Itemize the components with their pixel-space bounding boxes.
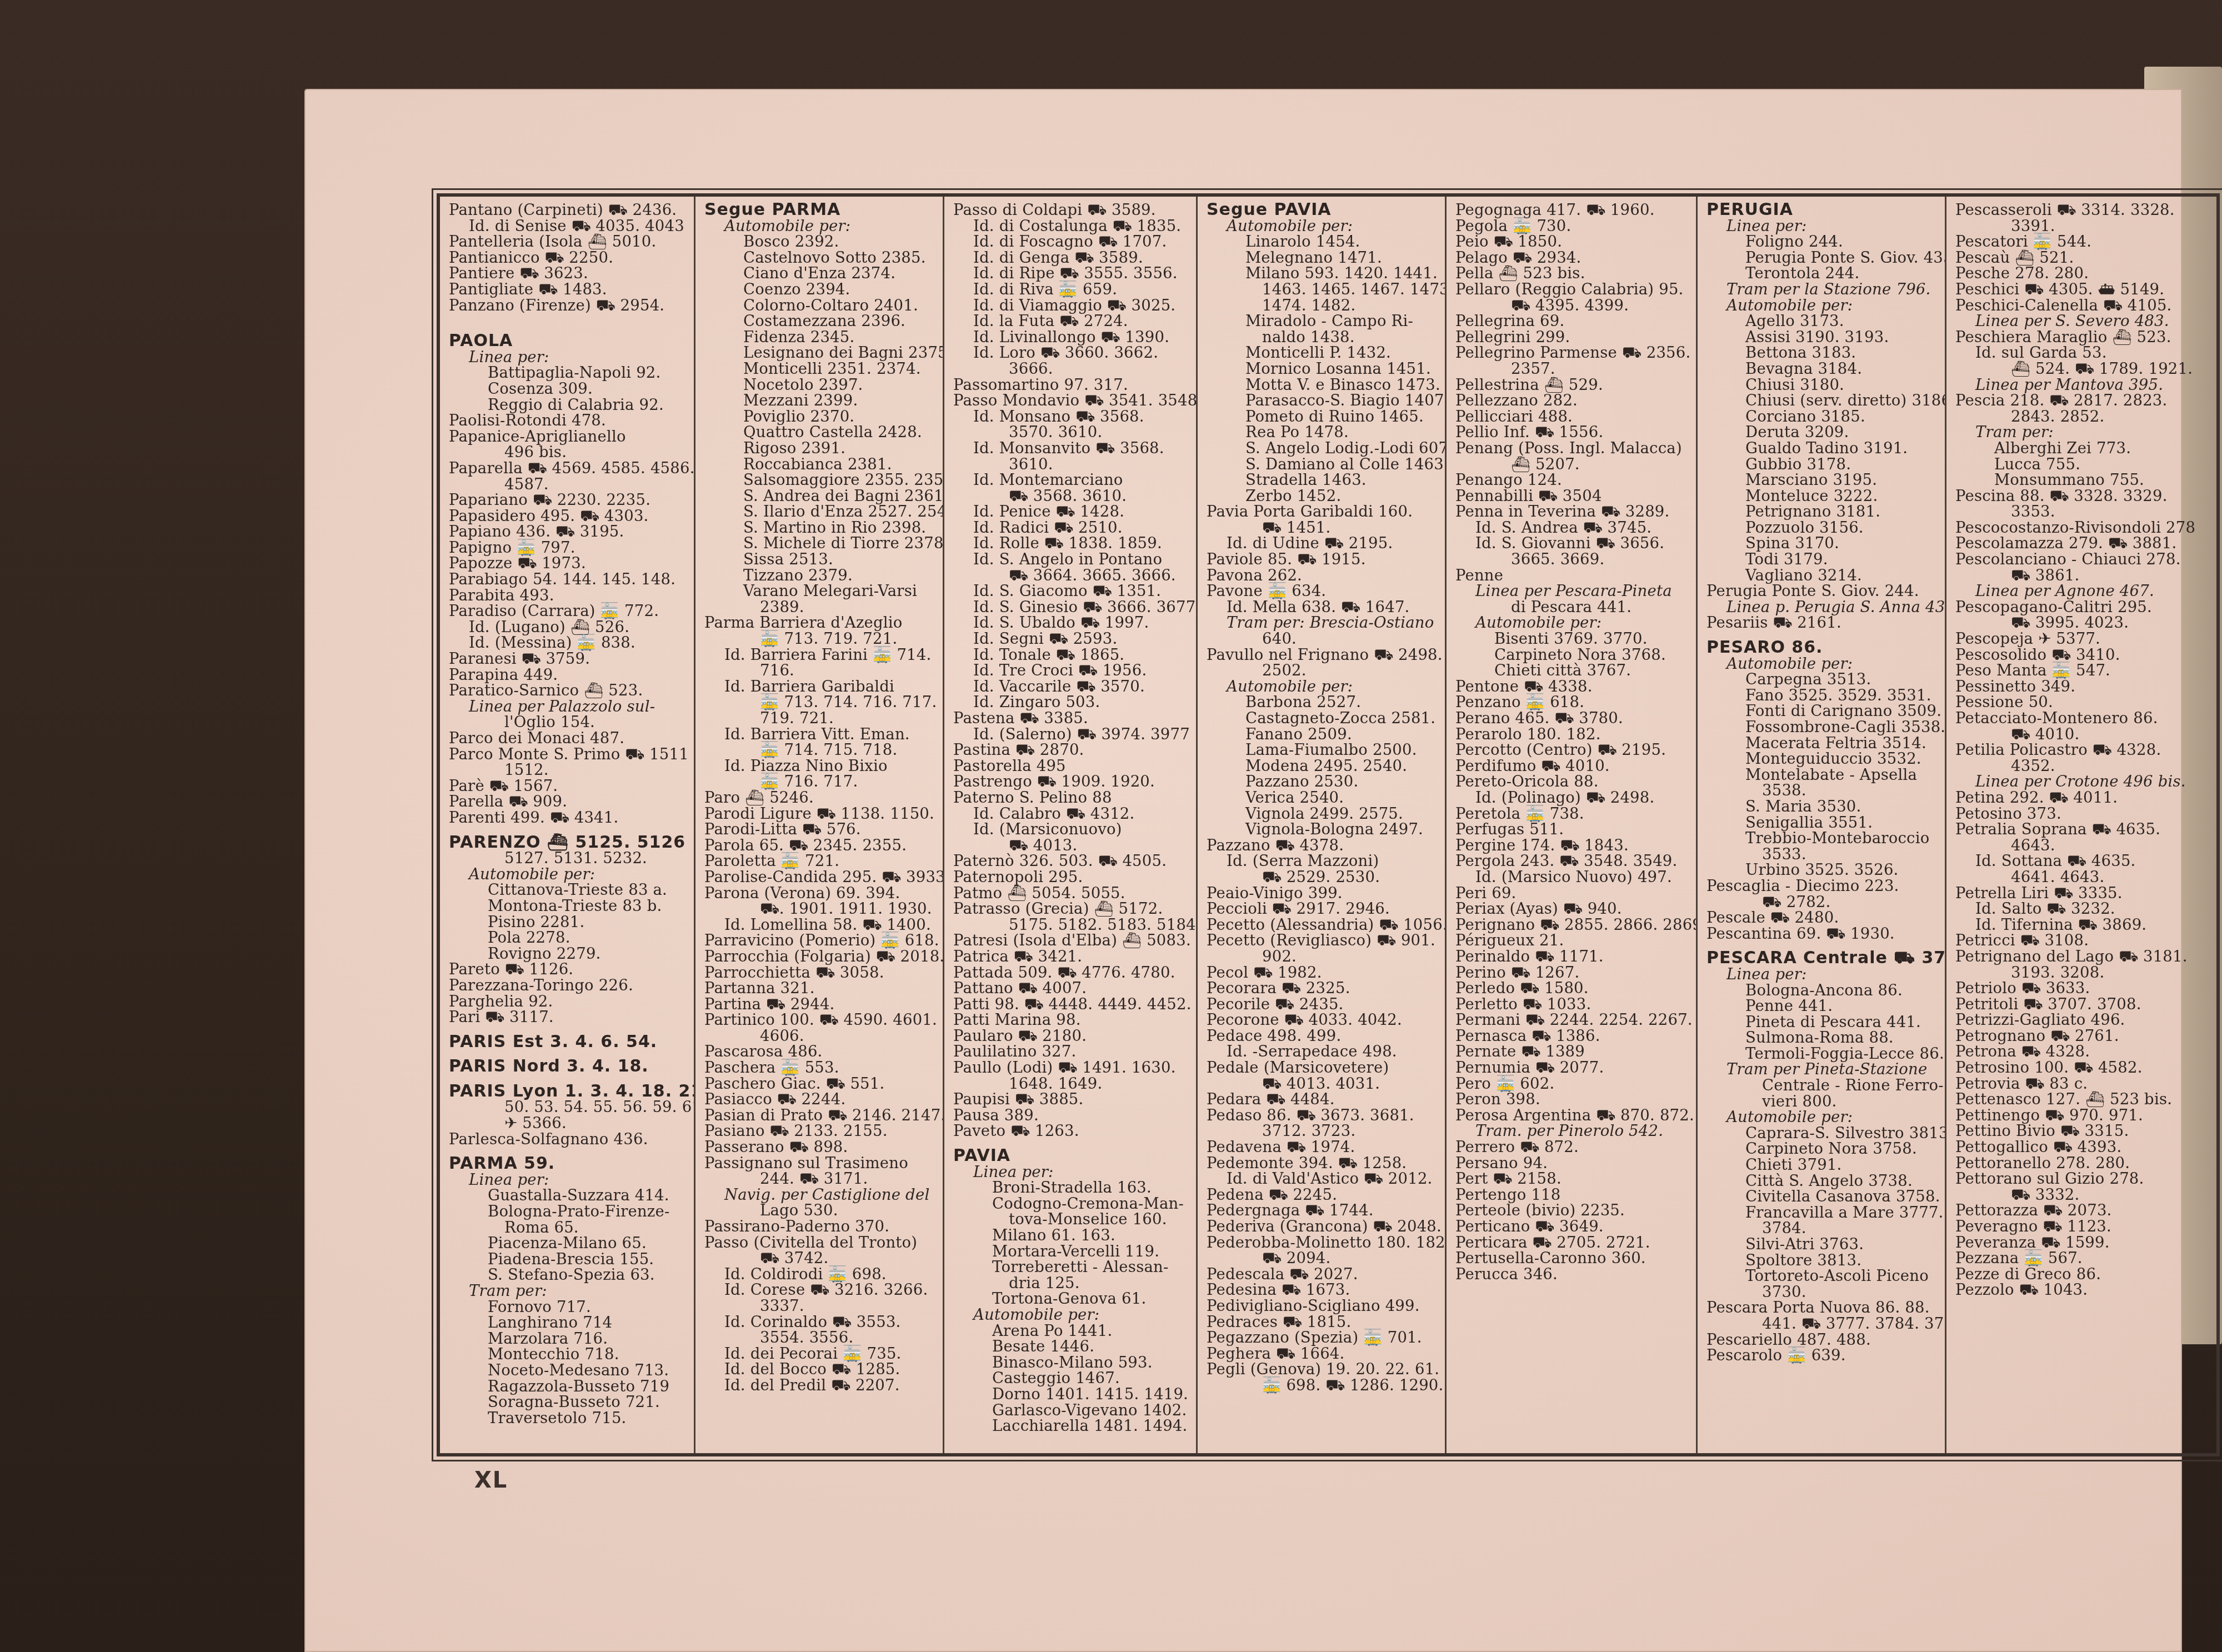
subsection-label: Tram per Pineta-Stazione	[1706, 1062, 1937, 1078]
index-entry: 5127. 5131. 5232.	[449, 850, 686, 867]
index-entry: Fornovo 717.	[449, 1299, 686, 1315]
index-entry: Id. S. Andrea ⛟ 3745.	[1455, 520, 1688, 536]
index-entry: Castelnovo Sotto 2385.	[704, 250, 935, 266]
index-entry: Montelabate - Apsella	[1706, 767, 1937, 783]
index-entry: Vagliano 3214.	[1706, 568, 1937, 584]
index-entry: ⛟ 4013. 4031.	[1207, 1076, 1437, 1092]
index-entry: Pellezzano 282.	[1455, 393, 1688, 409]
index-entry: Casteggio 1467.	[953, 1370, 1188, 1386]
index-entry: Petrizzi-Gagliato 496.	[1955, 1012, 2205, 1028]
index-entry: Paroletta 🚋 721.	[704, 853, 935, 869]
subsection-label: Automobile per:	[1706, 656, 1937, 672]
index-entry: Pantiere ⛟ 3623.	[449, 266, 686, 282]
index-entry: 1474. 1482.	[1207, 298, 1437, 314]
index-entry: Peghera ⛟ 1664.	[1207, 1346, 1437, 1362]
index-entry: Pergola 243. ⛟ 3548. 3549.	[1455, 853, 1688, 869]
index-entry: Id. Sottana ⛟ 4635.	[1955, 853, 2205, 869]
index-entry: Perarolo 180. 182.	[1455, 727, 1688, 743]
index-entry: Id. di Udine ⛟ 2195.	[1207, 535, 1437, 552]
index-entry: Pettogallico ⛟ 4393.	[1955, 1139, 2205, 1155]
index-entry: Paparella ⛟ 4569. 4585. 4586.	[449, 460, 686, 477]
index-entry: Pertusella-Caronno 360.	[1455, 1250, 1688, 1266]
index-entry: Monticelli 2351. 2374.	[704, 361, 935, 377]
index-entry: Id. S. Giovanni ⛟ 3656.	[1455, 535, 1688, 552]
index-entry: ⛟ 3995. 4023.	[1955, 615, 2205, 631]
index-entry: Pegazzano (Spezia) 🚋 701.	[1207, 1330, 1437, 1346]
index-entry: 3712. 3723.	[1207, 1123, 1437, 1139]
index-entry: Pescatori 🚋 544.	[1955, 234, 2205, 250]
index-entry: di Pescara 441.	[1455, 599, 1688, 615]
index-entry: Id. Barriera Farini 🚋 714.	[704, 647, 935, 663]
index-entry: Roccabianca 2381.	[704, 457, 935, 473]
index-entry: Pantigliate ⛟ 1483.	[449, 282, 686, 298]
index-entry: Panzano (Firenze) ⛟ 2954.	[449, 298, 686, 314]
index-entry: Pesariis ⛟ 2161.	[1706, 615, 1937, 631]
index-entry: Todi 3179.	[1706, 552, 1937, 568]
index-entry: Paschera 🚋 553.	[704, 1060, 935, 1076]
index-entry: Monteluce 3222.	[1706, 488, 1937, 504]
index-entry: Pereto-Oricola 88.	[1455, 774, 1688, 790]
index-entry: Id. di Viamaggio ⛟ 3025.	[953, 298, 1188, 314]
index-entry: Pescaglia - Diecimo 223.	[1706, 878, 1937, 894]
index-entry: Id. (Marsico Nuovo) 497.	[1455, 869, 1688, 885]
index-entry: Monsummano 755.	[1955, 472, 2205, 488]
index-entry: ⛟ 2782.	[1706, 894, 1937, 910]
index-entry: Pastena ⛟ 3385.	[953, 710, 1188, 727]
index-entry: Fossombrone-Cagli 3538.	[1706, 719, 1937, 735]
subsection-label: Automobile per:	[704, 218, 935, 234]
index-columns: Pantano (Carpineti) ⛟ 2436.Id. di Senise…	[440, 197, 2216, 1453]
index-entry: Pozzuolo 3156.	[1706, 520, 1937, 536]
index-entry: l'Oglio 154.	[449, 714, 686, 730]
index-entry: Colorno-Coltaro 2401.	[704, 298, 935, 314]
index-entry: Pantano (Carpineti) ⛟ 2436.	[449, 202, 686, 218]
index-entry: Pellegrina 69.	[1455, 313, 1688, 329]
index-entry: ⛟ 4395. 4399.	[1455, 298, 1688, 314]
index-entry: Paulilatino 327.	[953, 1044, 1188, 1060]
index-entry: Tortona-Genova 61.	[953, 1291, 1188, 1307]
index-entry: Id. Barriera Garibaldi	[704, 679, 935, 695]
index-entry: 4587.	[449, 477, 686, 493]
index-entry: Rea Po 1478.	[1207, 424, 1437, 440]
index-entry: Pescia 218. ⛟ 2817. 2823.	[1955, 393, 2205, 409]
index-entry: Parabita 493.	[449, 588, 686, 604]
index-entry: Pettenasco 127. ⛴ 523 bis.	[1955, 1092, 2205, 1108]
index-entry: Milano 593. 1420. 1441.	[1207, 266, 1437, 282]
index-entry: Parenti 499. ⛟ 4341.	[449, 810, 686, 826]
subsection-label: Tram per la Stazione 796.	[1706, 282, 1937, 298]
index-entry: Id. Tifernina ⛟ 3869.	[1955, 917, 2205, 933]
index-entry: ⛴ 524. ⛟ 1789. 1921.	[1955, 361, 2205, 377]
index-entry: Id. del Bocco ⛟ 1285.	[704, 1361, 935, 1378]
index-entry: Id. Tre Croci ⛟ 1956.	[953, 663, 1188, 679]
index-entry: Peschici-Calenella ⛟ 4105.	[1955, 298, 2205, 314]
index-entry: Vignola-Bologna 2497.	[1207, 822, 1437, 838]
index-entry: Zerbo 1452.	[1207, 488, 1437, 504]
index-entry: Pettino Bivio ⛟ 3315.	[1955, 1123, 2205, 1139]
index-entry: Pasian di Prato ⛟ 2146. 2147.	[704, 1108, 935, 1124]
index-entry: Parella ⛟ 909.	[449, 794, 686, 810]
index-entry: Patmo ⛴ 5054. 5055.	[953, 885, 1188, 902]
index-entry: ⛟ 3664. 3665. 3666.	[953, 568, 1188, 584]
index-entry: Verica 2540.	[1207, 790, 1437, 806]
index-entry: Petrignano del Lago ⛟ 3181.	[1955, 949, 2205, 965]
index-entry: Pedesina ⛟ 1673.	[1207, 1282, 1437, 1298]
index-entry: Pederiva (Grancona) ⛟ 2048.	[1207, 1219, 1437, 1235]
index-entry: Castagneto-Zocca 2581.	[1207, 710, 1437, 727]
index-entry: 3538.	[1706, 783, 1937, 799]
index-entry: Id. Vaccarile ⛟ 3570.	[953, 679, 1188, 695]
index-entry: Perucca 346.	[1455, 1266, 1688, 1283]
index-entry: Paro ⛴ 5246.	[704, 790, 935, 806]
index-entry: Pettorazza ⛟ 2073.	[1955, 1203, 2205, 1219]
index-entry: Parabiago 54. 144. 145. 148.	[449, 572, 686, 588]
index-entry: Pescopagano-Calitri 295.	[1955, 599, 2205, 615]
index-entry: Pola 2278.	[449, 930, 686, 946]
index-entry: Parco Monte S. Primo ⛟ 1511	[449, 747, 686, 763]
section-heading: PARENZO ⛴ 5125. 5126	[449, 835, 686, 851]
index-entry: Id. Calabro ⛟ 4312.	[953, 806, 1188, 822]
index-entry: Pert ⛟ 2158.	[1455, 1171, 1688, 1187]
index-entry: Traversetolo 715.	[449, 1410, 686, 1426]
index-entry: Permani ⛟ 2244. 2254. 2267.	[1455, 1012, 1688, 1028]
index-entry: 1512.	[449, 762, 686, 778]
index-entry: 4643.	[1955, 838, 2205, 854]
index-entry: Id. Monsanvito ⛟ 3568.	[953, 440, 1188, 457]
index-entry: 3570. 3610.	[953, 424, 1188, 440]
index-entry: Parolise-Candida 295. ⛟ 3933.	[704, 869, 935, 885]
index-entry: Pattada 509. ⛟ 4776. 4780.	[953, 965, 1188, 981]
index-entry: Parodi-Litta ⛟ 576.	[704, 822, 935, 838]
index-entry: Lesignano dei Bagni 2375.	[704, 345, 935, 361]
index-entry: Fonti di Carignano 3509.	[1706, 703, 1937, 719]
index-entry: Miradolo - Campo Ri-	[1207, 313, 1437, 329]
section-heading: PESARO 86.	[1706, 640, 1937, 656]
subsection-label: Linea per:	[449, 1172, 686, 1188]
index-entry: Urbino 3525. 3526.	[1706, 862, 1937, 878]
index-entry: Petrovia ⛟ 83 c.	[1955, 1076, 2205, 1092]
index-entry: Caprara-S. Silvestro 3813.	[1706, 1125, 1937, 1142]
index-entry: 3193. 3208.	[1955, 965, 2205, 981]
index-entry: Pernate ⛟ 1389	[1455, 1044, 1688, 1060]
index-entry: 🚋 698. ⛟ 1286. 1290.	[1207, 1378, 1437, 1394]
index-entry: Civitella Casanova 3758.	[1706, 1189, 1937, 1205]
index-entry: Id. dei Pecorai 🚋 735.	[704, 1346, 935, 1362]
index-entry: Fano 3525. 3529. 3531.	[1706, 688, 1937, 704]
subsection-label: Linea per Pescara-Pineta	[1455, 583, 1688, 599]
section-heading: PESCARA Centrale ⛟ 3798.	[1706, 950, 1937, 967]
index-entry: S. Andrea dei Bagni 2361.	[704, 488, 935, 504]
index-entry: Binasco-Milano 593.	[953, 1355, 1188, 1371]
index-entry: S. Angelo Lodig.-Lodi 607	[1207, 440, 1437, 457]
index-entry: Barbona 2527.	[1207, 694, 1437, 710]
index-entry: 2357.	[1455, 361, 1688, 377]
index-entry: 3353.	[1955, 504, 2205, 520]
index-entry: Id. Corinaldo ⛟ 3553.	[704, 1314, 935, 1330]
section-heading: PAOLA	[449, 333, 686, 349]
page-frame: Pantano (Carpineti) ⛟ 2436.Id. di Senise…	[437, 193, 2220, 1456]
index-entry: Pezze di Greco 86.	[1955, 1266, 2205, 1283]
index-entry: Pescocostanzo-Rivisondoli 278	[1955, 520, 2205, 536]
index-entry: 🚋 716. 717.	[704, 774, 935, 790]
index-entry: Pertengo 118	[1455, 1187, 1688, 1203]
index-entry: Besate 1446.	[953, 1339, 1188, 1355]
index-entry: Penang (Poss. Ingl. Malacca)	[1455, 440, 1688, 457]
index-entry: 🚋 714. 715. 718.	[704, 742, 935, 758]
index-entry: ⛟ 4013.	[953, 838, 1188, 854]
index-entry: Id. (Polinago) ⛟ 2498.	[1455, 790, 1688, 806]
index-entry: Pavia Porta Garibaldi 160.	[1207, 504, 1437, 520]
index-entry: Pergine 174. ⛟ 1843.	[1455, 838, 1688, 854]
index-entry: Id. (Salerno) ⛟ 3974. 3977	[953, 727, 1188, 743]
index-entry: Tortoreto-Ascoli Piceno	[1706, 1268, 1937, 1284]
index-entry: Sissa 2513.	[704, 552, 935, 568]
index-entry: Pastrengo ⛟ 1909. 1920.	[953, 774, 1188, 790]
index-entry: Mortara-Vercelli 119.	[953, 1244, 1188, 1260]
index-entry: Dorno 1401. 1415. 1419.	[953, 1386, 1188, 1403]
index-entry: ⛟ 3861.	[1955, 568, 2205, 584]
index-entry: Pecorone ⛟ 4033. 4042.	[1207, 1012, 1437, 1028]
index-entry: Pettorano sul Gizio 278.	[1955, 1171, 2205, 1187]
index-entry: Pedemonte 394. ⛟ 1258.	[1207, 1155, 1437, 1172]
index-entry: 3665. 3669.	[1455, 552, 1688, 568]
index-entry: Langhirano 714	[449, 1315, 686, 1331]
index-entry: Pattano ⛟ 4007.	[953, 980, 1188, 997]
index-entry: Pasiano ⛟ 2133. 2155.	[704, 1123, 935, 1139]
index-entry: Pasiacco ⛟ 2244.	[704, 1092, 935, 1108]
index-entry: Petricci ⛟ 3108.	[1955, 933, 2205, 949]
column-4: Segue PAVIAAutomobile per:Linarolo 1454.…	[1198, 197, 1447, 1453]
index-entry: Pellegrino Parmense ⛟ 2356.	[1455, 345, 1688, 361]
subsection-label: Automobile per:	[1706, 298, 1937, 314]
index-entry: Monticelli P. 1432.	[1207, 345, 1437, 361]
index-entry: Pastina ⛟ 2870.	[953, 742, 1188, 758]
index-entry: Id. Penice ⛟ 1428.	[953, 504, 1188, 520]
index-entry: Passomartino 97. 317.	[953, 377, 1188, 393]
index-entry: Peaio-Vinigo 399.	[1207, 885, 1437, 902]
index-entry: Terontola 244.	[1706, 266, 1937, 282]
index-entry: Paullo (Lodi) ⛟ 1491. 1630.	[953, 1060, 1188, 1076]
index-entry: 2389.	[704, 599, 935, 615]
index-entry: Id. di Ripe ⛟ 3555. 3556.	[953, 266, 1188, 282]
index-entry: Passirano-Paderno 370.	[704, 1219, 935, 1235]
index-entry: ⛟ 3742.	[704, 1250, 935, 1266]
index-entry: Francavilla a Mare 3777.	[1706, 1205, 1937, 1221]
index-entry: Gubbio 3178.	[1706, 457, 1937, 473]
index-entry: Parona (Verona) 69. 394.	[704, 885, 935, 902]
index-entry: Paupisi ⛟ 3885.	[953, 1092, 1188, 1108]
index-entry: Deruta 3209.	[1706, 424, 1937, 440]
index-entry: 902.	[1207, 949, 1437, 965]
section-heading: PERUGIA	[1706, 202, 1937, 218]
subsection-label: Linea per Palazzolo sul-	[449, 699, 686, 715]
index-entry: Id. di Vald'Astico ⛟ 2012.	[1207, 1171, 1437, 1187]
index-entry: Patrasso (Grecia) ⛴ 5172.	[953, 901, 1188, 917]
index-entry: Pedivigliano-Scigliano 499.	[1207, 1298, 1437, 1314]
subsection-label: Tram per:	[449, 1283, 686, 1299]
index-entry: S. Ilario d'Enza 2527. 2545	[704, 504, 935, 520]
index-entry: Perugia Ponte S. Giov. 435	[1706, 250, 1937, 266]
column-1: Pantano (Carpineti) ⛟ 2436.Id. di Senise…	[440, 197, 695, 1453]
index-entry: Tizzano 2379.	[704, 568, 935, 584]
index-entry: Pescara Porta Nuova 86. 88.	[1706, 1300, 1937, 1316]
index-entry: 716.	[704, 663, 935, 679]
index-entry: Pellegrini 299.	[1455, 329, 1688, 346]
index-entry: Periax (Ayas) ⛟ 940.	[1455, 901, 1688, 917]
index-entry: Chiusi 3180.	[1706, 377, 1937, 393]
index-entry: Costamezzana 2396.	[704, 313, 935, 329]
index-entry: Persano 94.	[1455, 1155, 1688, 1172]
index-entry: Coenzo 2394.	[704, 282, 935, 298]
index-entry: Pescosolido ⛟ 3410.	[1955, 647, 2205, 663]
index-entry: Fanano 2509.	[1207, 727, 1437, 743]
index-entry: Peron 398.	[1455, 1092, 1688, 1108]
index-entry: Id. (Messina) 🚋 838.	[449, 635, 686, 651]
index-entry: Partinico 100. ⛟ 4590. 4601.	[704, 1012, 935, 1028]
index-entry: Pescale ⛟ 2480.	[1706, 910, 1937, 926]
index-entry: Pegola 🚋 730.	[1455, 218, 1688, 234]
index-entry: Quattro Castella 2428.	[704, 424, 935, 440]
index-entry: Garlasco-Vigevano 1402.	[953, 1403, 1188, 1419]
index-entry: Pedale (Marsicovetere)	[1207, 1060, 1437, 1076]
index-entry: Paschero Giac. ⛟ 551.	[704, 1076, 935, 1092]
index-entry: 3784.	[1706, 1220, 1937, 1237]
index-entry: Peschici ⛟ 4305. ⛴ 5149.	[1955, 282, 2205, 298]
index-entry: Pedena ⛟ 2245.	[1207, 1187, 1437, 1203]
index-entry: Id. S. Angelo in Pontano	[953, 552, 1188, 568]
index-entry: Milano 61. 163.	[953, 1228, 1188, 1244]
index-entry: Corciano 3185.	[1706, 409, 1937, 425]
subsection-label: Linea per S. Severo 483.	[1955, 313, 2205, 329]
index-entry: 3554. 3556.	[704, 1330, 935, 1346]
index-entry: Pometo di Ruino 1465.	[1207, 409, 1437, 425]
index-entry: Id. (Serra Mazzoni)	[1207, 853, 1437, 869]
column-6: PERUGIALinea per:Foligno 244.Perugia Pon…	[1698, 197, 1946, 1453]
index-entry: Id. del Predil ⛟ 2207.	[704, 1378, 935, 1394]
index-entry: Pellestrina ⛴ 529.	[1455, 377, 1688, 393]
index-entry: Parravicino (Pomerio) 🚋 618.	[704, 933, 935, 949]
index-entry: Bettona 3183.	[1706, 345, 1937, 361]
index-entry: Roma 65.	[449, 1220, 686, 1236]
index-entry: Chieti città 3767.	[1455, 663, 1688, 679]
index-entry: Pelago ⛟ 2934.	[1455, 250, 1688, 266]
index-entry: Id. la Futa ⛟ 2724.	[953, 313, 1188, 329]
index-entry: Pavone 🚋 634.	[1207, 583, 1437, 599]
index-entry: Pineta di Pescara 441.	[1706, 1014, 1937, 1030]
index-entry: Id. sul Garda 53.	[1955, 345, 2205, 361]
index-entry: Broni-Stradella 163.	[953, 1180, 1188, 1196]
index-entry: Pescolanciano - Chiauci 278.	[1955, 552, 2205, 568]
index-entry: Perdifumo ⛟ 4010.	[1455, 758, 1688, 774]
subsection-label: Automobile per:	[953, 1307, 1188, 1323]
index-entry: 🚋 713. 719. 721.	[704, 631, 935, 647]
index-entry: tova-Monselice 160.	[953, 1212, 1188, 1228]
index-entry: Id. Salto ⛟ 3232.	[1955, 901, 2205, 917]
book-page: Pantano (Carpineti) ⛟ 2436.Id. di Senise…	[304, 89, 2182, 1652]
index-entry: Id. Radici ⛟ 2510.	[953, 520, 1188, 536]
subsection-label: Automobile per:	[1706, 1109, 1937, 1125]
index-entry: Pausa 389.	[953, 1108, 1188, 1124]
subsection-label: Automobile per:	[449, 867, 686, 883]
index-entry: Pellaro (Reggio Calabria) 95.	[1455, 282, 1688, 298]
index-entry: Perticara ⛟ 2705. 2721.	[1455, 1235, 1688, 1251]
index-entry: Pedara ⛟ 4484.	[1207, 1092, 1437, 1108]
index-entry: Pavona 262.	[1207, 568, 1437, 584]
index-entry: Parezzana-Toringo 226.	[449, 978, 686, 994]
index-entry: Pantianicco ⛟ 2250.	[449, 250, 686, 266]
index-entry: Pentone ⛟ 4338.	[1455, 679, 1688, 695]
index-entry: Papozze ⛟ 1973.	[449, 555, 686, 572]
index-entry: Pettoranello 278. 280.	[1955, 1155, 2205, 1172]
index-entry: Id. (Marsiconuovo)	[953, 822, 1188, 838]
index-entry: Petrona ⛟ 4328.	[1955, 1044, 2205, 1060]
index-entry: Id. Mella 638. ⛟ 1647.	[1207, 599, 1437, 615]
index-entry: Pescina 88. ⛟ 3328. 3329.	[1955, 488, 2205, 504]
index-entry: Parrocchia (Folgaria) ⛟ 2018.	[704, 949, 935, 965]
index-entry: Pantelleria (Isola ⛴ 5010.	[449, 234, 686, 250]
index-entry: Pescolamazza 279. ⛟ 3881.	[1955, 535, 2205, 552]
index-entry: Petrosino 100. ⛟ 4582.	[1955, 1060, 2205, 1076]
index-entry: ⛟. 1901. 1911. 1930.	[704, 901, 935, 917]
index-entry: Penna in Teverina ⛟ 3289.	[1455, 504, 1688, 520]
index-entry: ⛟ 2094.	[1207, 1250, 1437, 1266]
index-entry: Id. Tonale ⛟ 1865.	[953, 647, 1188, 663]
index-entry: S. Damiano al Colle 1463.	[1207, 457, 1437, 473]
index-entry: Assisi 3190. 3193.	[1706, 329, 1937, 346]
index-entry: Noceto-Medesano 713.	[449, 1363, 686, 1379]
index-entry: Pederobba-Molinetto 180. 182	[1207, 1235, 1437, 1251]
index-entry: Patti 98. ⛟ 4448. 4449. 4452.	[953, 997, 1188, 1013]
index-entry: Parola 65. ⛟ 2345. 2355.	[704, 838, 935, 854]
index-entry: Id. (Lugano) ⛴ 526.	[449, 619, 686, 635]
subsection-label: Linea per Mantova 395.	[1955, 377, 2205, 393]
index-entry: Linarolo 1454.	[1207, 234, 1437, 250]
index-entry: ⛴ 5207.	[1455, 457, 1688, 473]
subsection-label: Linea per:	[1706, 218, 1937, 234]
index-entry: Pellicciari 488.	[1455, 409, 1688, 425]
index-entry: Pecetto (Alessandria) ⛟ 1056.	[1207, 917, 1437, 933]
index-entry: 50. 53. 54. 55. 56. 59. 61.	[449, 1099, 686, 1115]
index-entry: Silvi-Atri 3763.	[1706, 1237, 1937, 1253]
index-entry: Penzano 🚋 618.	[1455, 694, 1688, 710]
subsection-label: Linea per Crotone 496 bis.	[1955, 774, 2205, 790]
index-entry: Salsomaggiore 2355. 2358.	[704, 472, 935, 488]
index-entry: ⛟ 2529. 2530.	[1207, 869, 1437, 885]
index-entry: Rovigno 2279.	[449, 946, 686, 962]
index-entry: Parghelia 92.	[449, 994, 686, 1010]
index-entry: Pedraces ⛟ 1815.	[1207, 1314, 1437, 1330]
index-entry: Id. Piazza Nino Bixio	[704, 758, 935, 774]
index-entry: Patti Marina 98.	[953, 1012, 1188, 1028]
subsection-label: Automobile per:	[1207, 218, 1437, 234]
index-entry: Id. Zingaro 503.	[953, 694, 1188, 710]
index-entry: Perignano ⛟ 2855. 2866. 2869	[1455, 917, 1688, 933]
index-entry: Peretola 🚋 738.	[1455, 806, 1688, 822]
index-entry: Id. Lomellina 58. ⛟ 1400.	[704, 917, 935, 933]
subsection-label: Tram per:	[1955, 424, 2205, 440]
index-entry: 3610.	[953, 457, 1188, 473]
index-entry: Perfugas 511.	[1455, 822, 1688, 838]
index-entry: Modena 2495. 2540.	[1207, 758, 1437, 774]
index-entry: Perledo ⛟ 1580.	[1455, 980, 1688, 997]
index-entry: Pescaù ⛴ 521.	[1955, 250, 2205, 266]
index-entry: Parrocchietta ⛟ 3058.	[704, 965, 935, 981]
index-entry: Petralia Soprana ⛟ 4635.	[1955, 822, 2205, 838]
section-heading: PARMA 59.	[449, 1156, 686, 1172]
index-entry: Chiusi (serv. diretto) 3186.	[1706, 393, 1937, 409]
index-entry: Mornico Losanna 1451.	[1207, 361, 1437, 377]
index-entry: Papariano ⛟ 2230. 2235.	[449, 492, 686, 508]
